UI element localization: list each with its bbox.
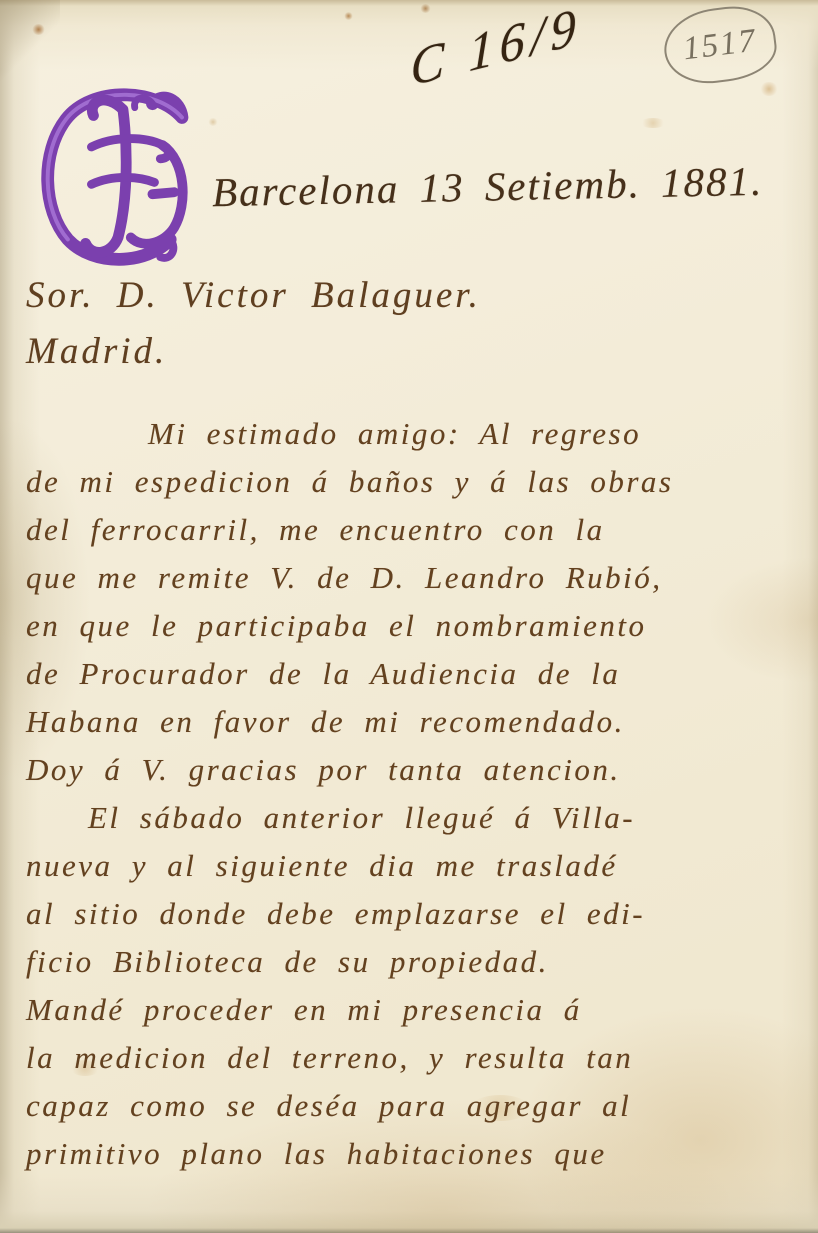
handwritten-line: primitivo plano las habitaciones que	[26, 1130, 798, 1178]
archive-number: 1517	[681, 22, 759, 68]
paragraph: Mi estimado amigo: Al regresode mi esped…	[26, 410, 798, 794]
handwritten-line: de Procurador de la Audiencia de la	[26, 650, 798, 698]
handwritten-line: la medicion del terreno, y resulta tan	[26, 1034, 798, 1082]
handwritten-line: Mandé proceder en mi presencia á	[26, 986, 798, 1034]
letter-body: Mi estimado amigo: Al regresode mi esped…	[26, 410, 798, 1178]
handwritten-line: nueva y al siguiente dia me trasladé	[26, 842, 798, 890]
handwritten-line: de mi espedicion á baños y á las obras	[26, 458, 798, 506]
monogram-icon	[36, 84, 204, 266]
handwritten-line: en que le participaba el nombramiento	[26, 602, 798, 650]
recipient-city: Madrid.	[26, 324, 481, 380]
recipient-block: Sor. D. Victor Balaguer. Madrid.	[26, 268, 481, 380]
foxing-spot	[760, 82, 778, 96]
letter-page: C 16/9 1517 Barcelona 13 Setiemb. 1881. …	[0, 0, 818, 1233]
handwritten-line: ficio Biblioteca de su propiedad.	[26, 938, 798, 986]
archive-number-circled: 1517	[660, 1, 780, 88]
handwritten-line: del ferrocarril, me encuentro con la	[26, 506, 798, 554]
handwritten-line: capaz como se deséa para agregar al	[26, 1082, 798, 1130]
handwritten-line: Doy á V. gracias por tanta atencion.	[26, 746, 798, 794]
dateline: Barcelona 13 Setiemb. 1881.	[212, 156, 813, 217]
foxing-spot	[420, 4, 431, 13]
handwritten-line: Mi estimado amigo: Al regreso	[26, 410, 798, 458]
paragraph: El sábado anterior llegué á Villa-nueva …	[26, 794, 798, 1178]
classification-mark: C 16/9	[411, 0, 582, 99]
paper-corner-shadow	[0, 0, 60, 90]
handwritten-line: Habana en favor de mi recomendado.	[26, 698, 798, 746]
foxing-spot	[344, 12, 353, 20]
handwritten-line: que me remite V. de D. Leandro Rubió,	[26, 554, 798, 602]
handwritten-line: al sitio donde debe emplazarse el edi-	[26, 890, 798, 938]
foxing-spot	[208, 118, 218, 126]
handwritten-line: El sábado anterior llegué á Villa-	[26, 794, 798, 842]
foxing-spot	[32, 24, 45, 35]
foxing-spot	[640, 118, 666, 128]
recipient-name: Sor. D. Victor Balaguer.	[26, 268, 481, 324]
